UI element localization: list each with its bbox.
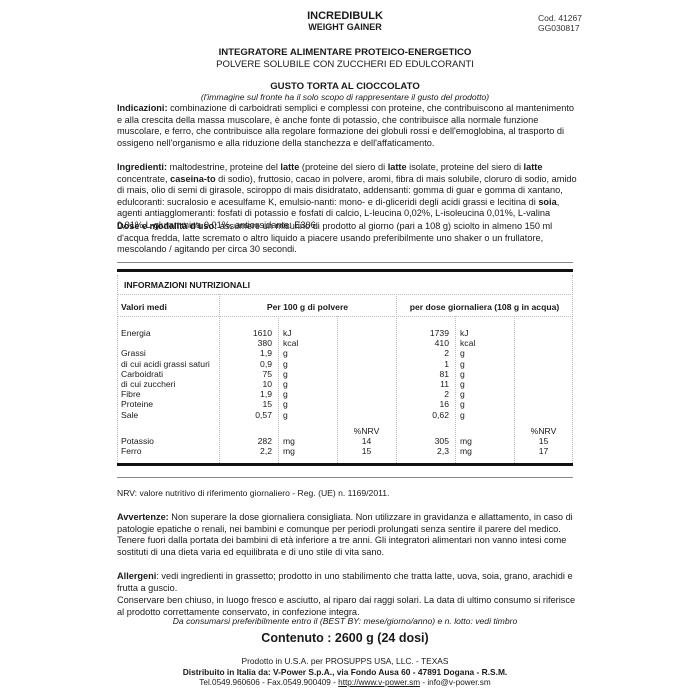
unit-daily: mg: [460, 436, 472, 446]
unit-per-100g: g: [283, 389, 288, 399]
allergens-section: Allergeni: vedi ingredienti in grassetto…: [117, 571, 577, 594]
product-name: INCREDIBULK: [0, 10, 690, 22]
unit-daily: g: [460, 369, 465, 379]
ingredients-text: maltodestrine, proteine del latte (prote…: [117, 162, 577, 230]
allergen-highlight: caseina-to: [170, 174, 215, 184]
storage-instructions: Conservare ben chiuso, in luogo fresco e…: [117, 595, 577, 618]
unit-per-100g: kJ: [283, 328, 292, 338]
divider: [117, 262, 573, 263]
value-per-100g: 1610: [219, 328, 272, 338]
warnings-section: Avvertenze: Non superare la dose giornal…: [117, 512, 577, 558]
value-per-100g: 75: [219, 369, 272, 379]
contacts: Tel.0549.960606 - Fax.0549.900409 - http…: [0, 678, 690, 687]
dose-label: Dose e modalità d'uso:: [117, 221, 217, 231]
unit-per-100g: g: [283, 410, 288, 420]
indications-section: Indicazioni: combinazione di carboidrati…: [117, 103, 577, 149]
value-daily: 2,3: [396, 446, 449, 456]
nrv-daily: 15: [514, 436, 573, 446]
nutrient-name: Grassi: [121, 348, 146, 358]
nutrient-name: di cui acidi grassi saturi: [121, 359, 210, 369]
indications-label: Indicazioni:: [117, 103, 168, 113]
indications-text: combinazione di carboidrati semplici e c…: [117, 103, 574, 148]
nutrient-name: Ferro: [121, 446, 142, 456]
net-content: Contenuto : 2600 g (24 dosi): [0, 631, 690, 645]
value-daily: 11: [396, 379, 449, 389]
ingredients-fragment: maltodestrine, proteine del: [167, 162, 280, 172]
unit-daily: mg: [460, 446, 472, 456]
unit-daily: g: [460, 379, 465, 389]
value-daily: 305: [396, 436, 449, 446]
divider: [117, 477, 573, 478]
value-per-100g: 282: [219, 436, 272, 446]
value-daily: 81: [396, 369, 449, 379]
nutrient-name: Carboidrati: [121, 369, 163, 379]
nrv-header-per-100g: %NRV: [337, 426, 396, 436]
nutrient-name: Proteine: [121, 399, 153, 409]
product-code: Cod. 41267 GG030817: [538, 13, 582, 33]
nutrient-name: di cui zuccheri: [121, 379, 175, 389]
warnings-text: Non superare la dose giornaliera consigl…: [117, 512, 573, 557]
value-per-100g: 15: [219, 399, 272, 409]
value-daily: 1: [396, 359, 449, 369]
value-per-100g: 380: [219, 338, 272, 348]
nrv-per-100g: 15: [337, 446, 396, 456]
column-header-daily-dose: per dose giornaliera (108 g in acqua): [396, 302, 573, 312]
unit-per-100g: mg: [283, 446, 295, 456]
nutrient-name: Potassio: [121, 436, 154, 446]
ingredients-fragment: isolate, proteine del siero di: [407, 162, 524, 172]
warnings-label: Avvertenze:: [117, 512, 169, 522]
website-link[interactable]: http://www.v-power.sm: [338, 678, 420, 687]
value-per-100g: 2,2: [219, 446, 272, 456]
unit-per-100g: g: [283, 379, 288, 389]
code-line-1: Cod. 41267: [538, 13, 582, 23]
phone-fax: Tel.0549.960606 - Fax.0549.900409 -: [199, 678, 338, 687]
value-per-100g: 10: [219, 379, 272, 389]
value-daily: 1739: [396, 328, 449, 338]
best-by-note: Da consumarsi preferibilmente entro il (…: [0, 616, 690, 626]
nutrient-name: Fibre: [121, 389, 141, 399]
product-subtitle: WEIGHT GAINER: [0, 22, 690, 32]
value-daily: 16: [396, 399, 449, 409]
ingredients-fragment: concentrate,: [117, 174, 170, 184]
ingredients-label: Ingredienti:: [117, 162, 167, 172]
nrv-header-daily: %NRV: [514, 426, 573, 436]
value-daily: 2: [396, 348, 449, 358]
unit-daily: g: [460, 359, 465, 369]
unit-per-100g: g: [283, 359, 288, 369]
nutrition-table: INFORMAZIONI NUTRIZIONALI Valori medi Pe…: [117, 272, 573, 463]
unit-daily: g: [460, 389, 465, 399]
nutrient-name: Energia: [121, 328, 151, 338]
unit-daily: g: [460, 348, 465, 358]
unit-per-100g: g: [283, 369, 288, 379]
value-daily: 410: [396, 338, 449, 348]
table-bottom-border: [117, 463, 573, 466]
value-per-100g: 0,9: [219, 359, 272, 369]
value-daily: 2: [396, 389, 449, 399]
ingredients-fragment: (proteine del siero di: [299, 162, 387, 172]
code-line-2: GG030817: [538, 23, 582, 33]
value-daily: 0,62: [396, 410, 449, 420]
nrv-per-100g: 14: [337, 436, 396, 446]
unit-daily: g: [460, 410, 465, 420]
nrv-note: NRV: valore nutritivo di riferimento gio…: [117, 488, 389, 498]
unit-daily: g: [460, 399, 465, 409]
allergen-highlight: latte: [388, 162, 407, 172]
unit-daily: kcal: [460, 338, 475, 348]
nutrition-title: INFORMAZIONI NUTRIZIONALI: [124, 280, 250, 290]
product-type: INTEGRATORE ALIMENTARE PROTEICO-ENERGETI…: [0, 47, 690, 58]
unit-per-100g: g: [283, 399, 288, 409]
distributor: Distribuito in Italia da: V-Power S.p.A.…: [0, 667, 690, 677]
unit-per-100g: kcal: [283, 338, 298, 348]
allergens-text: : vedi ingredienti in grassetto; prodott…: [117, 571, 573, 593]
unit-per-100g: g: [283, 348, 288, 358]
value-per-100g: 0,57: [219, 410, 272, 420]
allergen-highlight: latte: [524, 162, 543, 172]
allergen-highlight: latte: [280, 162, 299, 172]
manufacturer: Prodotto in U.S.A. per PROSUPPS USA, LLC…: [0, 656, 690, 666]
dose-section: Dose e modalità d'uso: assumere un misur…: [117, 221, 577, 256]
column-header-label: Valori medi: [121, 302, 167, 312]
value-per-100g: 1,9: [219, 389, 272, 399]
allergen-highlight: soia: [538, 197, 556, 207]
flavor-note: (l'immagine sul fronte ha il solo scopo …: [0, 92, 690, 102]
allergens-label: Allergeni: [117, 571, 156, 581]
unit-per-100g: mg: [283, 436, 295, 446]
value-per-100g: 1,9: [219, 348, 272, 358]
nrv-daily: 17: [514, 446, 573, 456]
email[interactable]: - info@v-power.sm: [420, 678, 491, 687]
unit-daily: kJ: [460, 328, 469, 338]
flavor-title: GUSTO TORTA AL CIOCCOLATO: [0, 81, 690, 92]
nutrient-name: Sale: [121, 410, 138, 420]
column-header-per-100g: Per 100 g di polvere: [219, 302, 396, 312]
product-form: POLVERE SOLUBILE CON ZUCCHERI ED EDULCOR…: [0, 59, 690, 70]
